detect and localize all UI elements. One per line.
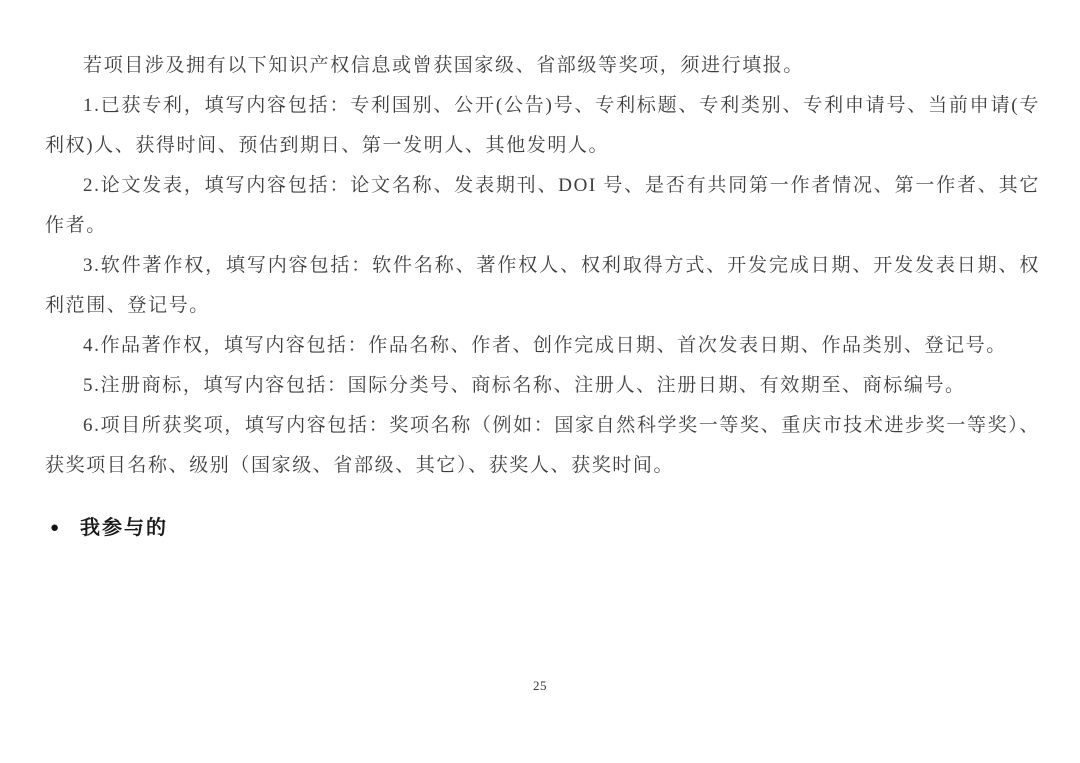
section-heading-my-participation: ● 我参与的 bbox=[45, 508, 1040, 548]
ip-item-software-copyright: 3.软件著作权，填写内容包括：软件名称、著作权人、权利取得方式、开发完成日期、开… bbox=[45, 246, 1040, 326]
ip-item-paper: 2.论文发表，填写内容包括：论文名称、发表期刊、DOI 号、是否有共同第一作者情… bbox=[45, 166, 1040, 246]
section-heading-label: 我参与的 bbox=[80, 508, 168, 548]
document-page: 若项目涉及拥有以下知识产权信息或曾获国家级、省部级等奖项，须进行填报。 1.已获… bbox=[0, 0, 1080, 763]
page-number: 25 bbox=[0, 678, 1080, 694]
ip-item-patent: 1.已获专利，填写内容包括：专利国别、公开(公告)号、专利标题、专利类别、专利申… bbox=[45, 86, 1040, 166]
ip-item-work-copyright: 4.作品著作权，填写内容包括：作品名称、作者、创作完成日期、首次发表日期、作品类… bbox=[45, 326, 1040, 366]
bullet-icon: ● bbox=[50, 508, 80, 548]
ip-item-awards: 6.项目所获奖项，填写内容包括：奖项名称（例如：国家自然科学奖一等奖、重庆市技术… bbox=[45, 406, 1040, 486]
document-body: 若项目涉及拥有以下知识产权信息或曾获国家级、省部级等奖项，须进行填报。 1.已获… bbox=[45, 46, 1040, 548]
intro-paragraph: 若项目涉及拥有以下知识产权信息或曾获国家级、省部级等奖项，须进行填报。 bbox=[45, 46, 1040, 86]
ip-item-trademark: 5.注册商标，填写内容包括：国际分类号、商标名称、注册人、注册日期、有效期至、商… bbox=[45, 366, 1040, 406]
